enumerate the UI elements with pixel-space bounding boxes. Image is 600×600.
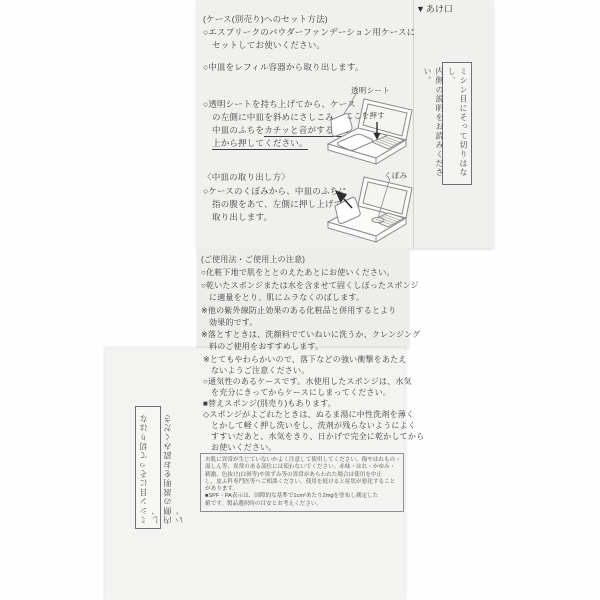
side-note-right: ミシン目にそって切りはなし、 内側の説明をお読みください。: [442, 62, 472, 185]
instruction-line: 上から押してください。: [212, 138, 308, 148]
caution-line: ※とてもやわらかいので、落下などの強い衝撃をあたえ: [203, 355, 407, 365]
usage-line: に適量をとり、肌にムラなくのばします。: [209, 293, 364, 303]
usage-line: 料のご使用をおすすめします。: [209, 342, 323, 352]
instruction-line: ○中皿をレフィル容器から取り出します。: [203, 62, 364, 72]
caution-line: ■替えスポンジ(別売り)もあります。: [203, 399, 336, 409]
label-press-here: ここを押す: [346, 110, 385, 121]
side-note-line: 内側の説明をお読みください。: [421, 67, 445, 180]
heading-case-set-method: (ケース(別売り)へのセット方法): [203, 14, 328, 24]
caution-line: ◇スポンジがよごれたときは、ぬるま湯に中性洗剤を薄く: [203, 410, 414, 420]
side-note-line: ミシン目にそって切りはなし、: [138, 411, 162, 524]
caution-line: すすいだあと、水気をきり、日かげで完全に乾かしてから: [211, 432, 424, 442]
triangle-down-icon: ▼: [416, 4, 425, 14]
caution-line: を充分にきってからケースにしまってください。: [211, 388, 391, 398]
instruction-line: 取り出します。: [212, 212, 272, 222]
heading-tray-removal: 〈中皿の取り出し方〉: [203, 172, 290, 182]
side-note-line: ミシン目にそって切りはなし、: [445, 67, 469, 180]
fine-print-line: 刺激、色抜け(白斑等)や黒ずみ等の異常があらわれた場合は使用を中止: [205, 472, 399, 479]
instruction-line: セットしてお使いください。: [212, 40, 325, 50]
instruction-text: 中皿のふちを: [212, 125, 264, 135]
fine-print-line: 値です。製品選択時の目安とお考えください。: [205, 501, 399, 508]
compact-case-drawing: [322, 168, 416, 246]
usage-line: ※落とすときは、洗顔料でていねいに洗うか、クレンジング: [201, 330, 420, 340]
caution-line: ないようご注意ください。: [211, 366, 309, 376]
compact-case-drawing: [322, 94, 416, 168]
compact-case-illustration-set: ここを押す: [322, 94, 416, 168]
caution-line: お使いください。: [211, 443, 277, 453]
instruction-line: ○エスプリークのパウダーファンデーション用ケースに: [203, 27, 415, 37]
fine-print-line: 湿しん等、異常のある部位には使わないでください。赤味・はれ・かゆみ・: [205, 464, 399, 471]
heading-usage-notes: (ご使用法・ご使用上の注意): [201, 255, 305, 265]
opening-mark: ▼あけ口: [416, 2, 453, 15]
usage-line: 効果的です。: [209, 318, 258, 328]
side-note-line: 内側の説明をお読みください。: [162, 411, 186, 524]
opening-mark-label: あけ口: [426, 4, 453, 14]
compact-case-illustration-removal: くぼみ: [322, 168, 416, 246]
leaflet-photo: ▼あけ口 ミシン目にそって切りはなし、 内側の説明をお読みください。 ミシン目に…: [0, 0, 600, 600]
fine-print-box: お肌に異常が生じていないかよく注意して使用してください。傷やはれもの・ 湿しん等…: [200, 453, 404, 512]
usage-line: ○乾いたスポンジまたは水を含ませて固くしぼったスポンジ: [201, 281, 419, 291]
usage-line: ○化粧下地で肌をととのえたあとにお使いください。: [201, 268, 395, 278]
underlined-text: 上から押してください。: [212, 138, 308, 150]
usage-line: ※他の紫外線防止効果のある化粧品と併用するとより: [201, 306, 397, 316]
caution-line: とかして軽く押し洗いをし、洗剤が残らないようによく: [211, 421, 416, 431]
fine-print-line: ■SPF・PA表示は、国際的な基準で1cm²あたり2mgを塗布し測定した: [205, 493, 399, 500]
side-note-left: ミシン目にそって切りはなし、 内側の説明をお読みください。: [135, 406, 161, 529]
caution-line: ○通気性のあるケースです。水使用したスポンジは、水気: [203, 377, 412, 387]
